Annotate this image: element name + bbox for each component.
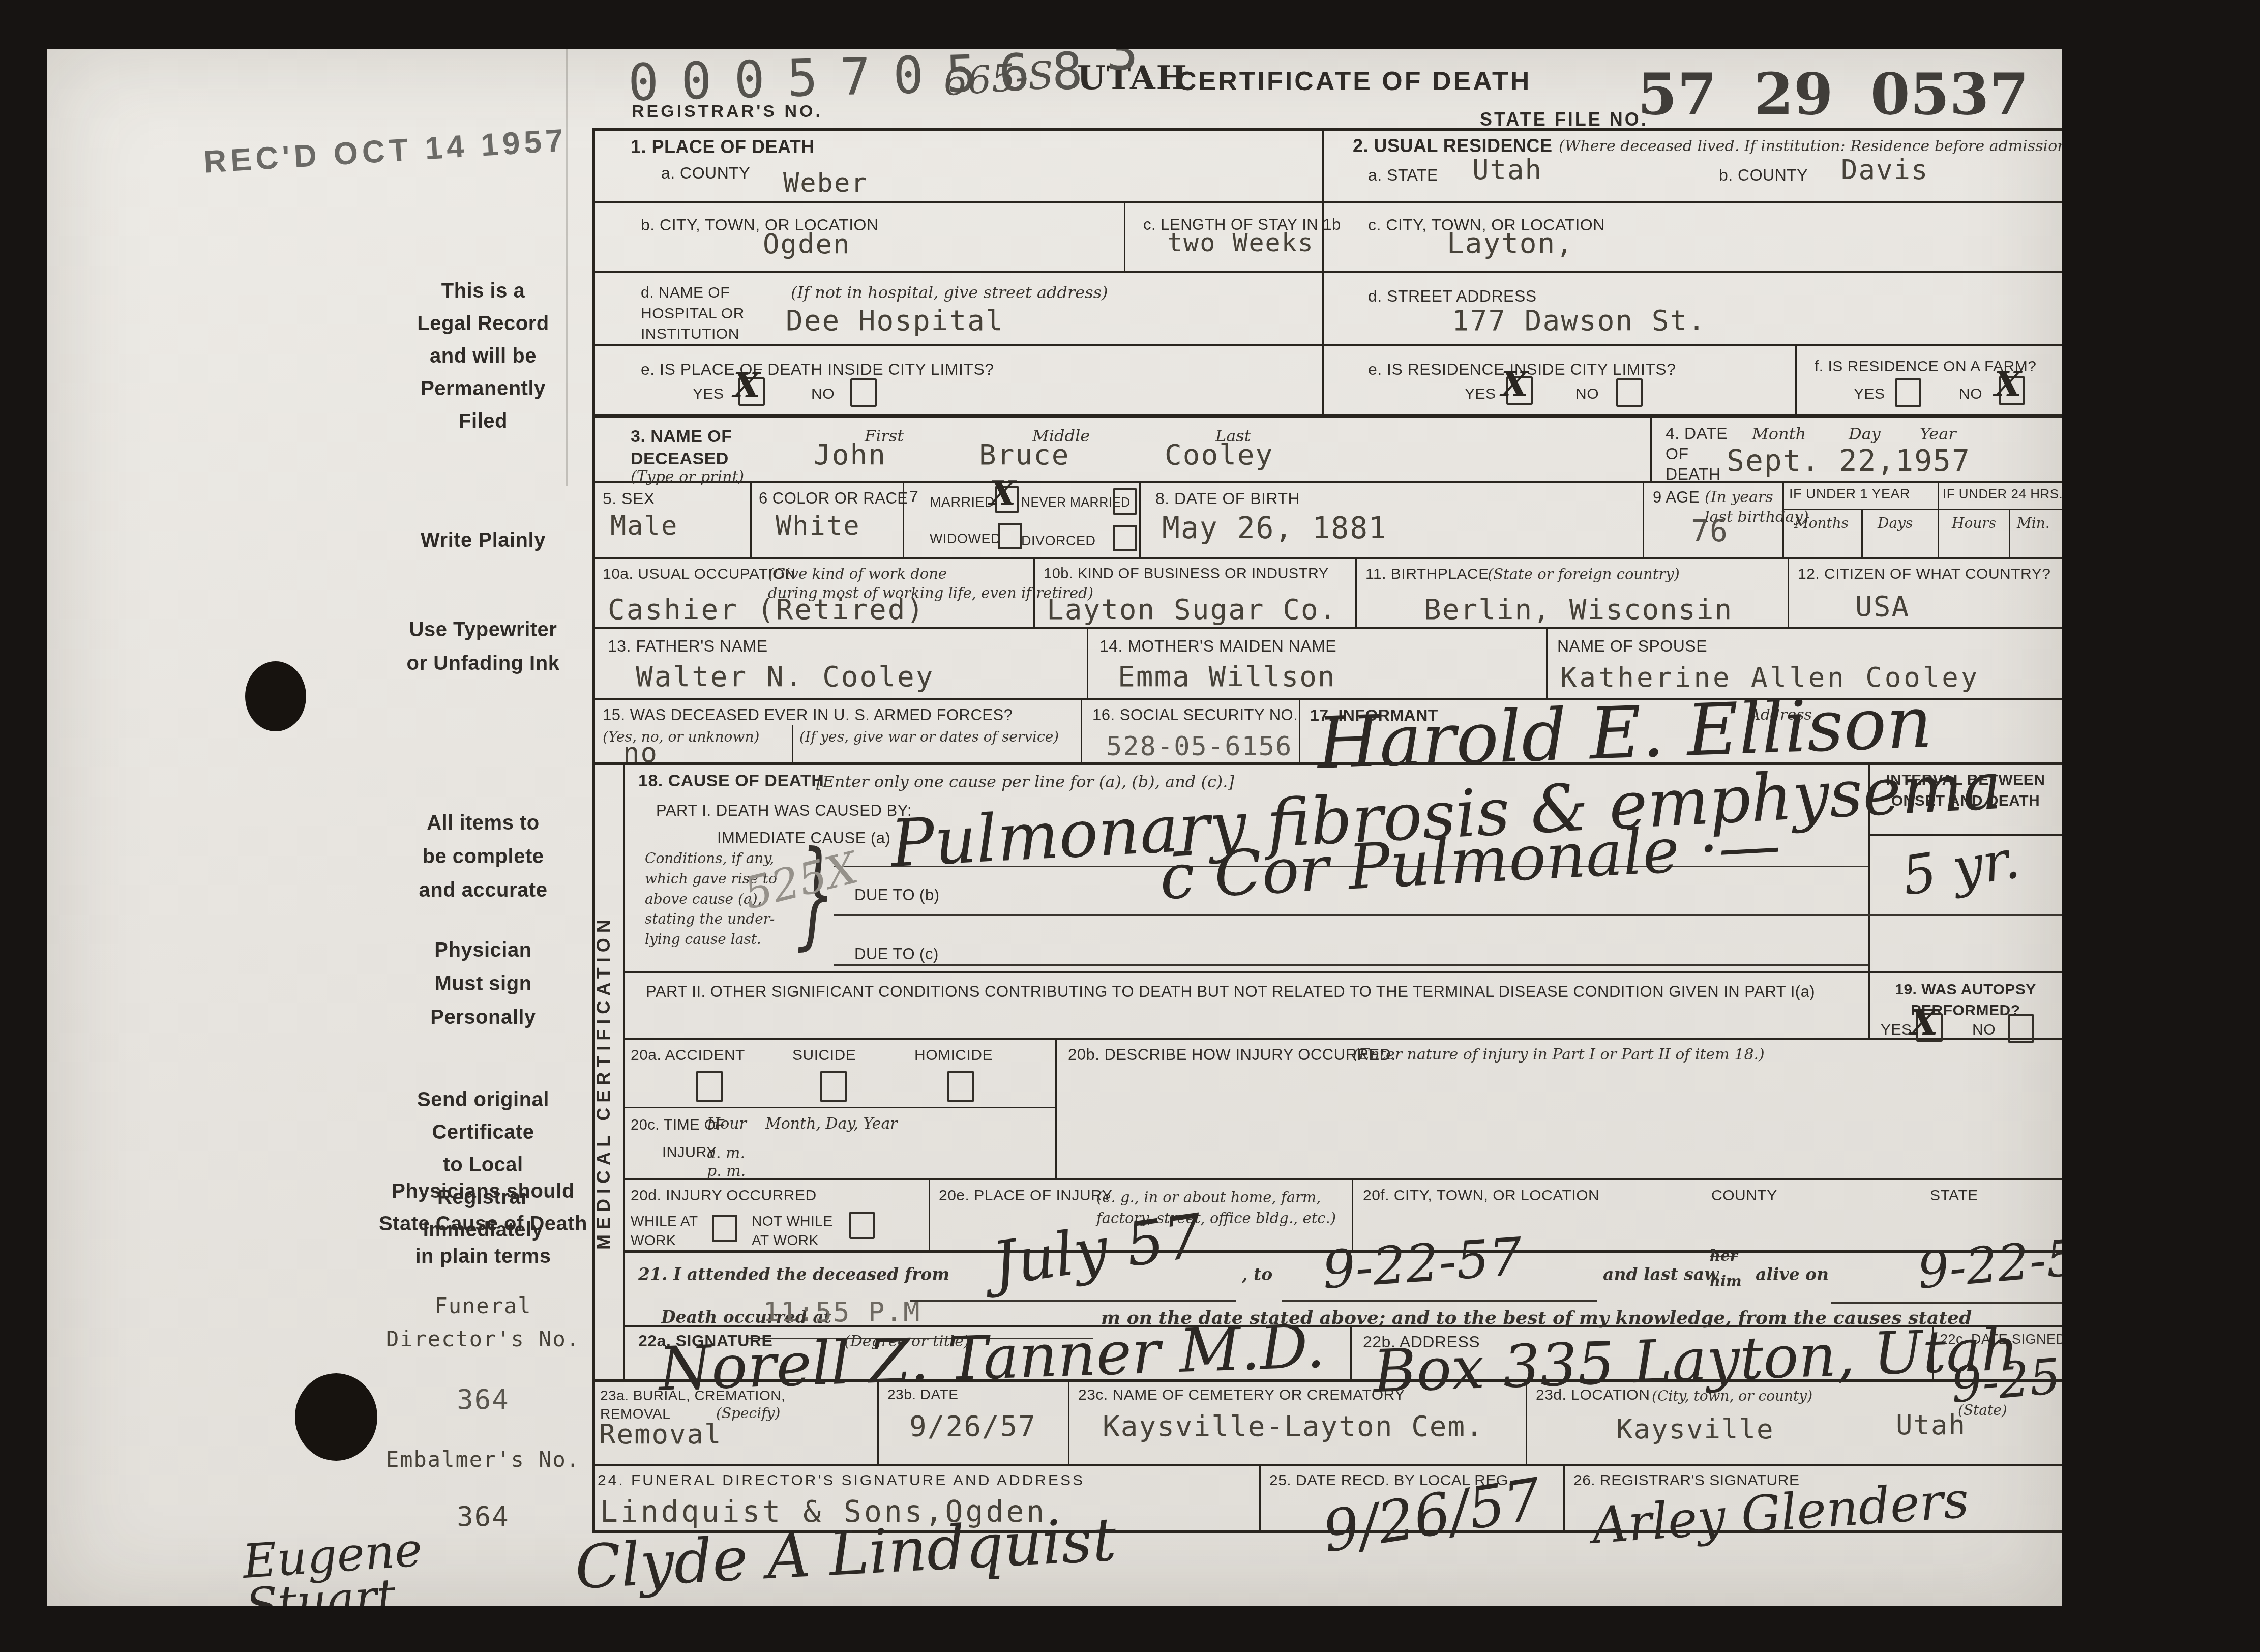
death-inside-city-limits-label: e. IS PLACE OF DEATH INSIDE CITY LIMITS?	[641, 360, 994, 379]
injury-mdy-label: Month, Day, Year	[765, 1115, 898, 1133]
sex-label: 5. SEX	[603, 489, 655, 508]
usual-occupation-value: Cashier (Retired)	[608, 593, 925, 626]
residence-county-value: Davis	[1841, 154, 1929, 186]
cemetery-label: 23c. NAME OF CEMETERY OR CREMATORY	[1078, 1386, 1405, 1404]
hospital-name-label: d. NAME OF HOSPITAL OR INSTITUTION	[641, 283, 745, 345]
funeral-director-label: 24. FUNERAL DIRECTOR'S SIGNATURE AND ADD…	[598, 1472, 1085, 1489]
injury-occurred-label: 20d. INJURY OCCURRED	[631, 1187, 817, 1204]
death-city-limits-yes-label: YES	[693, 386, 724, 403]
mothers-maiden-name-label: 14. MOTHER'S MAIDEN NAME	[1099, 637, 1336, 656]
scan-border-right	[2062, 0, 2260, 1652]
attended-to-word: , to	[1242, 1264, 1272, 1284]
if-under-1-year-label: IF UNDER 1 YEAR	[1789, 486, 1910, 502]
if-under-24-hrs-label: IF UNDER 24 HRS.	[1943, 486, 2063, 502]
social-security-label: 16. SOCIAL SECURITY NO.	[1092, 706, 1298, 724]
citizen-of-country-label: 12. CITIZEN OF WHAT COUNTRY?	[1798, 566, 2050, 583]
kind-of-business-label: 10b. KIND OF BUSINESS OR INDUSTRY	[1044, 566, 1329, 582]
farm-no-label: NO	[1959, 386, 1982, 403]
injury-county-label: COUNTY	[1711, 1187, 1777, 1204]
scan-border-top	[0, 0, 2260, 49]
birthplace-value: Berlin, Wisconsin	[1424, 593, 1733, 626]
length-of-stay-value: two Weeks	[1167, 228, 1314, 257]
widowed-checkbox	[998, 523, 1022, 549]
burial-location-city-value: Kaysville	[1616, 1413, 1774, 1445]
kind-of-business-value: Layton Sugar Co.	[1047, 593, 1337, 626]
residence-city-limits-yes-xmark: X	[1501, 364, 1528, 405]
describe-injury-note: (Enter nature of injury in Part I or Par…	[1353, 1046, 1765, 1064]
min-label: Min.	[2017, 515, 2050, 532]
while-at-work-label: WHILE AT WORK	[631, 1212, 698, 1250]
middle-name-value: Bruce	[979, 438, 1070, 471]
divorced-checkbox	[1113, 525, 1137, 551]
residence-state-label: a. STATE	[1368, 166, 1438, 185]
usual-occupation-label: 10a. USUAL OCCUPATION	[603, 566, 796, 583]
date-of-death-year-label: Year	[1920, 424, 1956, 444]
widowed-label: WIDOWED	[930, 531, 1001, 547]
hospital-name-note: (If not in hospital, give street address…	[791, 283, 1108, 302]
burial-note: (Specify)	[716, 1405, 780, 1422]
residence-county-label: b. COUNTY	[1719, 166, 1808, 185]
residence-city-limits-yes-label: YES	[1465, 386, 1496, 403]
residence-city-value: Layton,	[1447, 227, 1574, 260]
cause-of-death-bracket-note: [Enter only one cause per line for (a), …	[816, 772, 1234, 791]
color-or-race-value: White	[776, 511, 860, 541]
last-saw-text: and last saw	[1603, 1264, 1719, 1284]
accident-checkbox	[696, 1071, 723, 1102]
citizen-of-country-value: USA	[1855, 590, 1910, 623]
death-city-limits-no-checkbox	[850, 378, 877, 407]
fathers-name-label: 13. FATHER'S NAME	[608, 637, 768, 656]
farm-no-xmark: X	[1995, 364, 2021, 405]
embalmers-no-label: Embalmer's No.	[325, 1447, 641, 1472]
margin-note-use-typewriter: Use Typewriter or Unfading Ink	[325, 613, 641, 680]
age-value: 76	[1691, 514, 1729, 548]
marital-status-number: 7	[909, 487, 918, 506]
injury-city-label: 20f. CITY, TOWN, OR LOCATION	[1363, 1187, 1599, 1204]
scan-border-bottom	[0, 1606, 2260, 1652]
hospital-name-value: Dee Hospital	[786, 304, 1004, 337]
death-certificate-scan: 000570568 3 REGISTRAR'S NO. 665-S UTAH C…	[0, 0, 2260, 1652]
county-of-death-label: a. COUNTY	[661, 164, 750, 183]
punch-hole	[245, 661, 306, 731]
street-address-value: 177 Dawson St.	[1452, 304, 1706, 337]
state-file-no-label: STATE FILE NO.	[1480, 109, 1648, 130]
social-security-value: 528-05-6156	[1106, 731, 1292, 762]
not-while-at-work-label: NOT WHILE AT WORK	[752, 1212, 833, 1250]
injury-hour-label: Hour	[707, 1115, 747, 1133]
date-of-death-month-label: Month	[1752, 424, 1806, 444]
place-of-injury-label: 20e. PLACE OF INJURY	[939, 1187, 1112, 1204]
date-of-death-day-label: Day	[1849, 424, 1881, 444]
death-city-limits-no-label: NO	[811, 386, 835, 403]
state-file-no-value: 57 29 0537	[1638, 61, 2029, 128]
usual-residence-note: (Where deceased lived. If institution: R…	[1559, 137, 2073, 155]
last-saw-her: her	[1710, 1247, 1738, 1264]
farm-yes-checkbox	[1895, 378, 1921, 407]
last-name-value: Cooley	[1165, 438, 1273, 471]
date-of-death-value: Sept. 22,1957	[1727, 444, 1971, 478]
homicide-checkbox	[947, 1071, 974, 1102]
name-of-spouse-label: NAME OF SPOUSE	[1557, 637, 1707, 656]
place-of-death-header: 1. PLACE OF DEATH	[631, 136, 815, 158]
registrar-no-value: 665-S	[942, 53, 1055, 105]
residence-city-limits-no-label: NO	[1575, 386, 1599, 403]
punch-hole	[295, 1373, 377, 1461]
county-of-death-value: Weber	[783, 168, 868, 198]
married-xmark: X	[990, 473, 1016, 513]
date-of-death-label: 4. DATE OF DEATH	[1666, 423, 1728, 484]
first-name-value: John	[814, 438, 886, 471]
armed-forces-value: no	[623, 736, 658, 769]
accident-label: 20a. ACCIDENT	[631, 1047, 745, 1064]
due-to-c-label: DUE TO (c)	[854, 945, 939, 963]
age-label: 9 AGE	[1653, 488, 1700, 507]
scan-border-left	[0, 0, 47, 1652]
armed-forces-note2: (If yes, give war or dates of service)	[799, 728, 1059, 745]
sex-value: Male	[610, 511, 678, 541]
describe-injury-label: 20b. DESCRIBE HOW INJURY OCCURRED.	[1068, 1046, 1396, 1064]
name-of-deceased-label: 3. NAME OF DECEASED	[631, 425, 732, 470]
death-time-value: 11:55 P.M	[763, 1296, 921, 1328]
burial-value: Removal	[599, 1418, 722, 1450]
autopsy-no-label: NO	[1972, 1021, 1996, 1039]
margin-note-legal-record: This is a Legal Record and will be Perma…	[325, 275, 641, 437]
alive-on-text: alive on	[1756, 1264, 1829, 1284]
part2-label: PART II. OTHER SIGNIFICANT CONDITIONS CO…	[646, 983, 1815, 1001]
margin-note-write-plainly: Write Plainly	[325, 529, 641, 552]
funeral-directors-no-label: Funeral Director's No.	[325, 1289, 641, 1355]
hours-label: Hours	[1952, 515, 1996, 532]
autopsy-no-checkbox	[2008, 1014, 2034, 1043]
color-or-race-label: 6 COLOR OR RACE	[759, 489, 908, 508]
city-of-death-value: Ogden	[763, 228, 851, 260]
death-city-limits-yes-xmark: X	[733, 365, 760, 406]
suicide-label: SUICIDE	[792, 1047, 856, 1064]
fathers-name-value: Walter N. Cooley	[636, 660, 934, 693]
suicide-checkbox	[820, 1071, 847, 1102]
due-to-b-label: DUE TO (b)	[854, 886, 940, 904]
days-label: Days	[1878, 515, 1913, 532]
street-address-label: d. STREET ADDRESS	[1368, 287, 1537, 306]
homicide-label: HOMICIDE	[914, 1047, 993, 1064]
cause-of-death-label: 18. CAUSE OF DEATH	[638, 771, 824, 791]
title-certificate-of-death: CERTIFICATE OF DEATH	[1177, 66, 1531, 97]
name-of-deceased-note: (Type or print)	[631, 468, 744, 486]
not-while-at-work-checkbox	[849, 1212, 875, 1239]
attended-pre-text: 21. I attended the deceased from	[638, 1264, 949, 1284]
mothers-maiden-name-value: Emma Willson	[1118, 660, 1336, 693]
injury-am-label: a. m.	[707, 1144, 745, 1162]
burial-date-value: 9/26/57	[909, 1410, 1036, 1443]
part1-label: PART I. DEATH WAS CAUSED BY:	[656, 802, 912, 820]
birthplace-label: 11. BIRTHPLACE	[1365, 566, 1489, 583]
never-married-checkbox	[1113, 488, 1137, 515]
autopsy-yes-xmark: X	[1910, 1001, 1938, 1043]
months-label: Months	[1794, 515, 1849, 532]
armed-forces-label: 15. WAS DECEASED EVER IN U. S. ARMED FOR…	[603, 706, 1013, 724]
injury-pm-label: p. m.	[707, 1162, 746, 1180]
date-of-birth-value: May 26, 1881	[1162, 511, 1387, 545]
medical-certification-label: MEDICAL CERTIFICATION	[593, 791, 622, 1373]
while-at-work-checkbox	[712, 1215, 737, 1242]
residence-state-value: Utah	[1472, 154, 1542, 186]
injury-state-label: STATE	[1930, 1187, 1978, 1204]
divorced-label: DIVORCED	[1021, 533, 1096, 549]
last-saw-him: him	[1710, 1273, 1742, 1290]
farm-yes-label: YES	[1854, 386, 1885, 403]
birthplace-note: (State or foreign country)	[1488, 566, 1680, 583]
date-of-birth-label: 8. DATE OF BIRTH	[1155, 489, 1300, 508]
residence-city-limits-no-checkbox	[1616, 378, 1643, 407]
married-label: MARRIED	[930, 494, 995, 510]
cemetery-value: Kaysville-Layton Cem.	[1103, 1410, 1484, 1443]
autopsy-yes-label: YES	[1881, 1021, 1912, 1039]
